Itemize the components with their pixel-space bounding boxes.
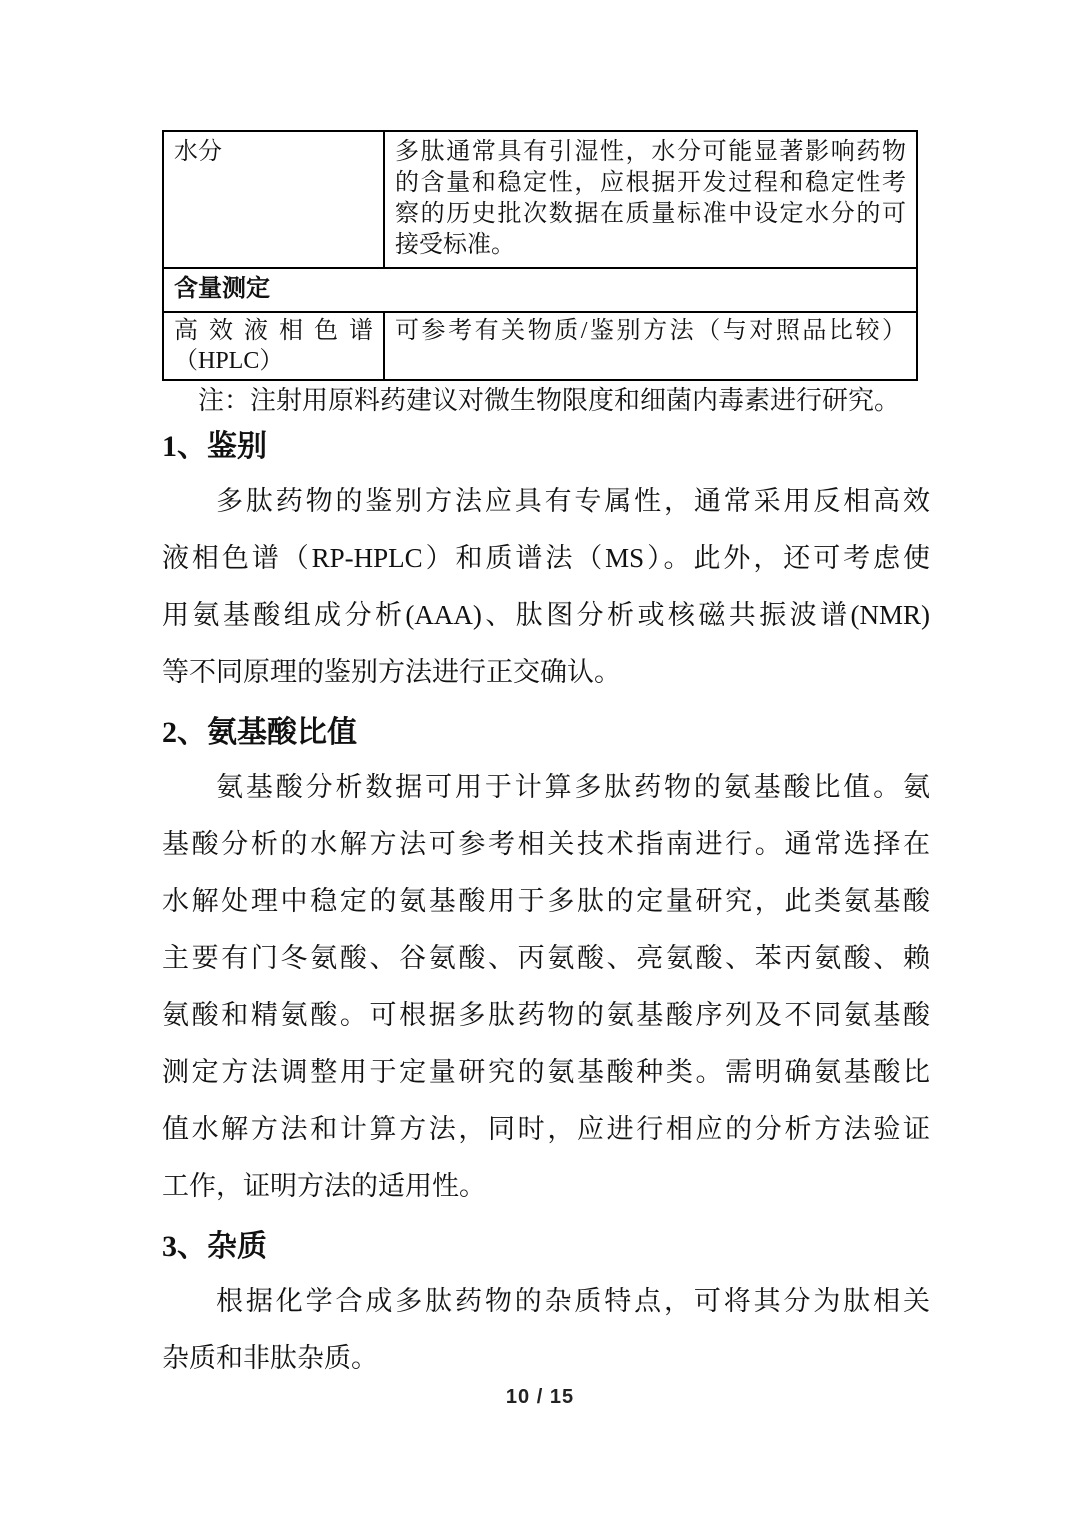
section-heading-amino-acid-ratio: 2、氨基酸比值	[162, 715, 930, 751]
page-content: 水分 多肽通常具有引湿性，水分可能显著影响药物 的含量和稳定性，应根据开发过程和…	[162, 130, 930, 1387]
paragraph-line: 工作，证明方法的适用性。	[162, 1158, 930, 1215]
page-number: 10 / 15	[0, 1386, 1080, 1409]
moisture-desc-line: 多肽通常具有引湿性，水分可能显著影响药物	[395, 137, 906, 168]
paragraph-amino-acid-ratio: 氨基酸分析数据可用于计算多肽药物的氨基酸比值。氨 基酸分析的水解方法可参考相关技…	[162, 759, 930, 1215]
spec-table: 水分 多肽通常具有引湿性，水分可能显著影响药物 的含量和稳定性，应根据开发过程和…	[162, 130, 918, 381]
cell-assay-header: 含量测定	[163, 268, 917, 312]
cell-hplc-value: 可参考有关物质/鉴别方法（与对照品比较）	[384, 312, 917, 380]
table-row-moisture: 水分 多肽通常具有引湿性，水分可能显著影响药物 的含量和稳定性，应根据开发过程和…	[163, 131, 917, 268]
table-row-assay: 含量测定	[163, 268, 917, 312]
paragraph-line: 氨基酸分析数据可用于计算多肽药物的氨基酸比值。氨	[162, 759, 930, 816]
paragraph-line: 基酸分析的水解方法可参考相关技术指南进行。通常选择在	[162, 816, 930, 873]
moisture-desc-line: 接受标准。	[395, 230, 906, 261]
cell-moisture-label: 水分	[163, 131, 384, 268]
cell-moisture-desc: 多肽通常具有引湿性，水分可能显著影响药物 的含量和稳定性，应根据开发过程和稳定性…	[384, 131, 917, 268]
table-row-hplc: 高效液相色谱 （HPLC） 可参考有关物质/鉴别方法（与对照品比较）	[163, 312, 917, 380]
hplc-label-line: （HPLC）	[174, 346, 373, 376]
document-page: 水分 多肽通常具有引湿性，水分可能显著影响药物 的含量和稳定性，应根据开发过程和…	[0, 0, 1080, 1527]
cell-hplc-label: 高效液相色谱 （HPLC）	[163, 312, 384, 380]
paragraph-line: 根据化学合成多肽药物的杂质特点，可将其分为肽相关	[162, 1273, 930, 1330]
paragraph-line: 水解处理中稳定的氨基酸用于多肽的定量研究，此类氨基酸	[162, 873, 930, 930]
paragraph-line: 杂质和非肽杂质。	[162, 1330, 930, 1387]
moisture-desc-line: 察的历史批次数据在质量标准中设定水分的可	[395, 199, 906, 230]
section-heading-identification: 1、鉴别	[162, 429, 930, 465]
paragraph-line: 值水解方法和计算方法，同时，应进行相应的分析方法验证	[162, 1101, 930, 1158]
paragraph-line: 等不同原理的鉴别方法进行正交确认。	[162, 644, 930, 701]
paragraph-impurities: 根据化学合成多肽药物的杂质特点，可将其分为肽相关 杂质和非肽杂质。	[162, 1273, 930, 1387]
hplc-value-line: 可参考有关物质/鉴别方法（与对照品比较）	[395, 316, 906, 346]
paragraph-line: 氨酸和精氨酸。可根据多肽药物的氨基酸序列及不同氨基酸	[162, 987, 930, 1044]
paragraph-line: 主要有门冬氨酸、谷氨酸、丙氨酸、亮氨酸、苯丙氨酸、赖	[162, 930, 930, 987]
paragraph-line: 液相色谱（RP-HPLC）和质谱法（MS）。此外，还可考虑使	[162, 530, 930, 587]
paragraph-line: 多肽药物的鉴别方法应具有专属性，通常采用反相高效	[162, 473, 930, 530]
paragraph-line: 测定方法调整用于定量研究的氨基酸种类。需明确氨基酸比	[162, 1044, 930, 1101]
hplc-label-line: 高效液相色谱	[174, 316, 373, 346]
section-heading-impurities: 3、杂质	[162, 1229, 930, 1265]
paragraph-identification: 多肽药物的鉴别方法应具有专属性，通常采用反相高效 液相色谱（RP-HPLC）和质…	[162, 473, 930, 701]
table-note: 注：注射用原料药建议对微生物限度和细菌内毒素进行研究。	[162, 387, 930, 415]
moisture-label: 水分	[174, 137, 373, 168]
paragraph-line: 用氨基酸组成分析(AAA)、肽图分析或核磁共振波谱(NMR)	[162, 587, 930, 644]
moisture-desc-line: 的含量和稳定性，应根据开发过程和稳定性考	[395, 168, 906, 199]
